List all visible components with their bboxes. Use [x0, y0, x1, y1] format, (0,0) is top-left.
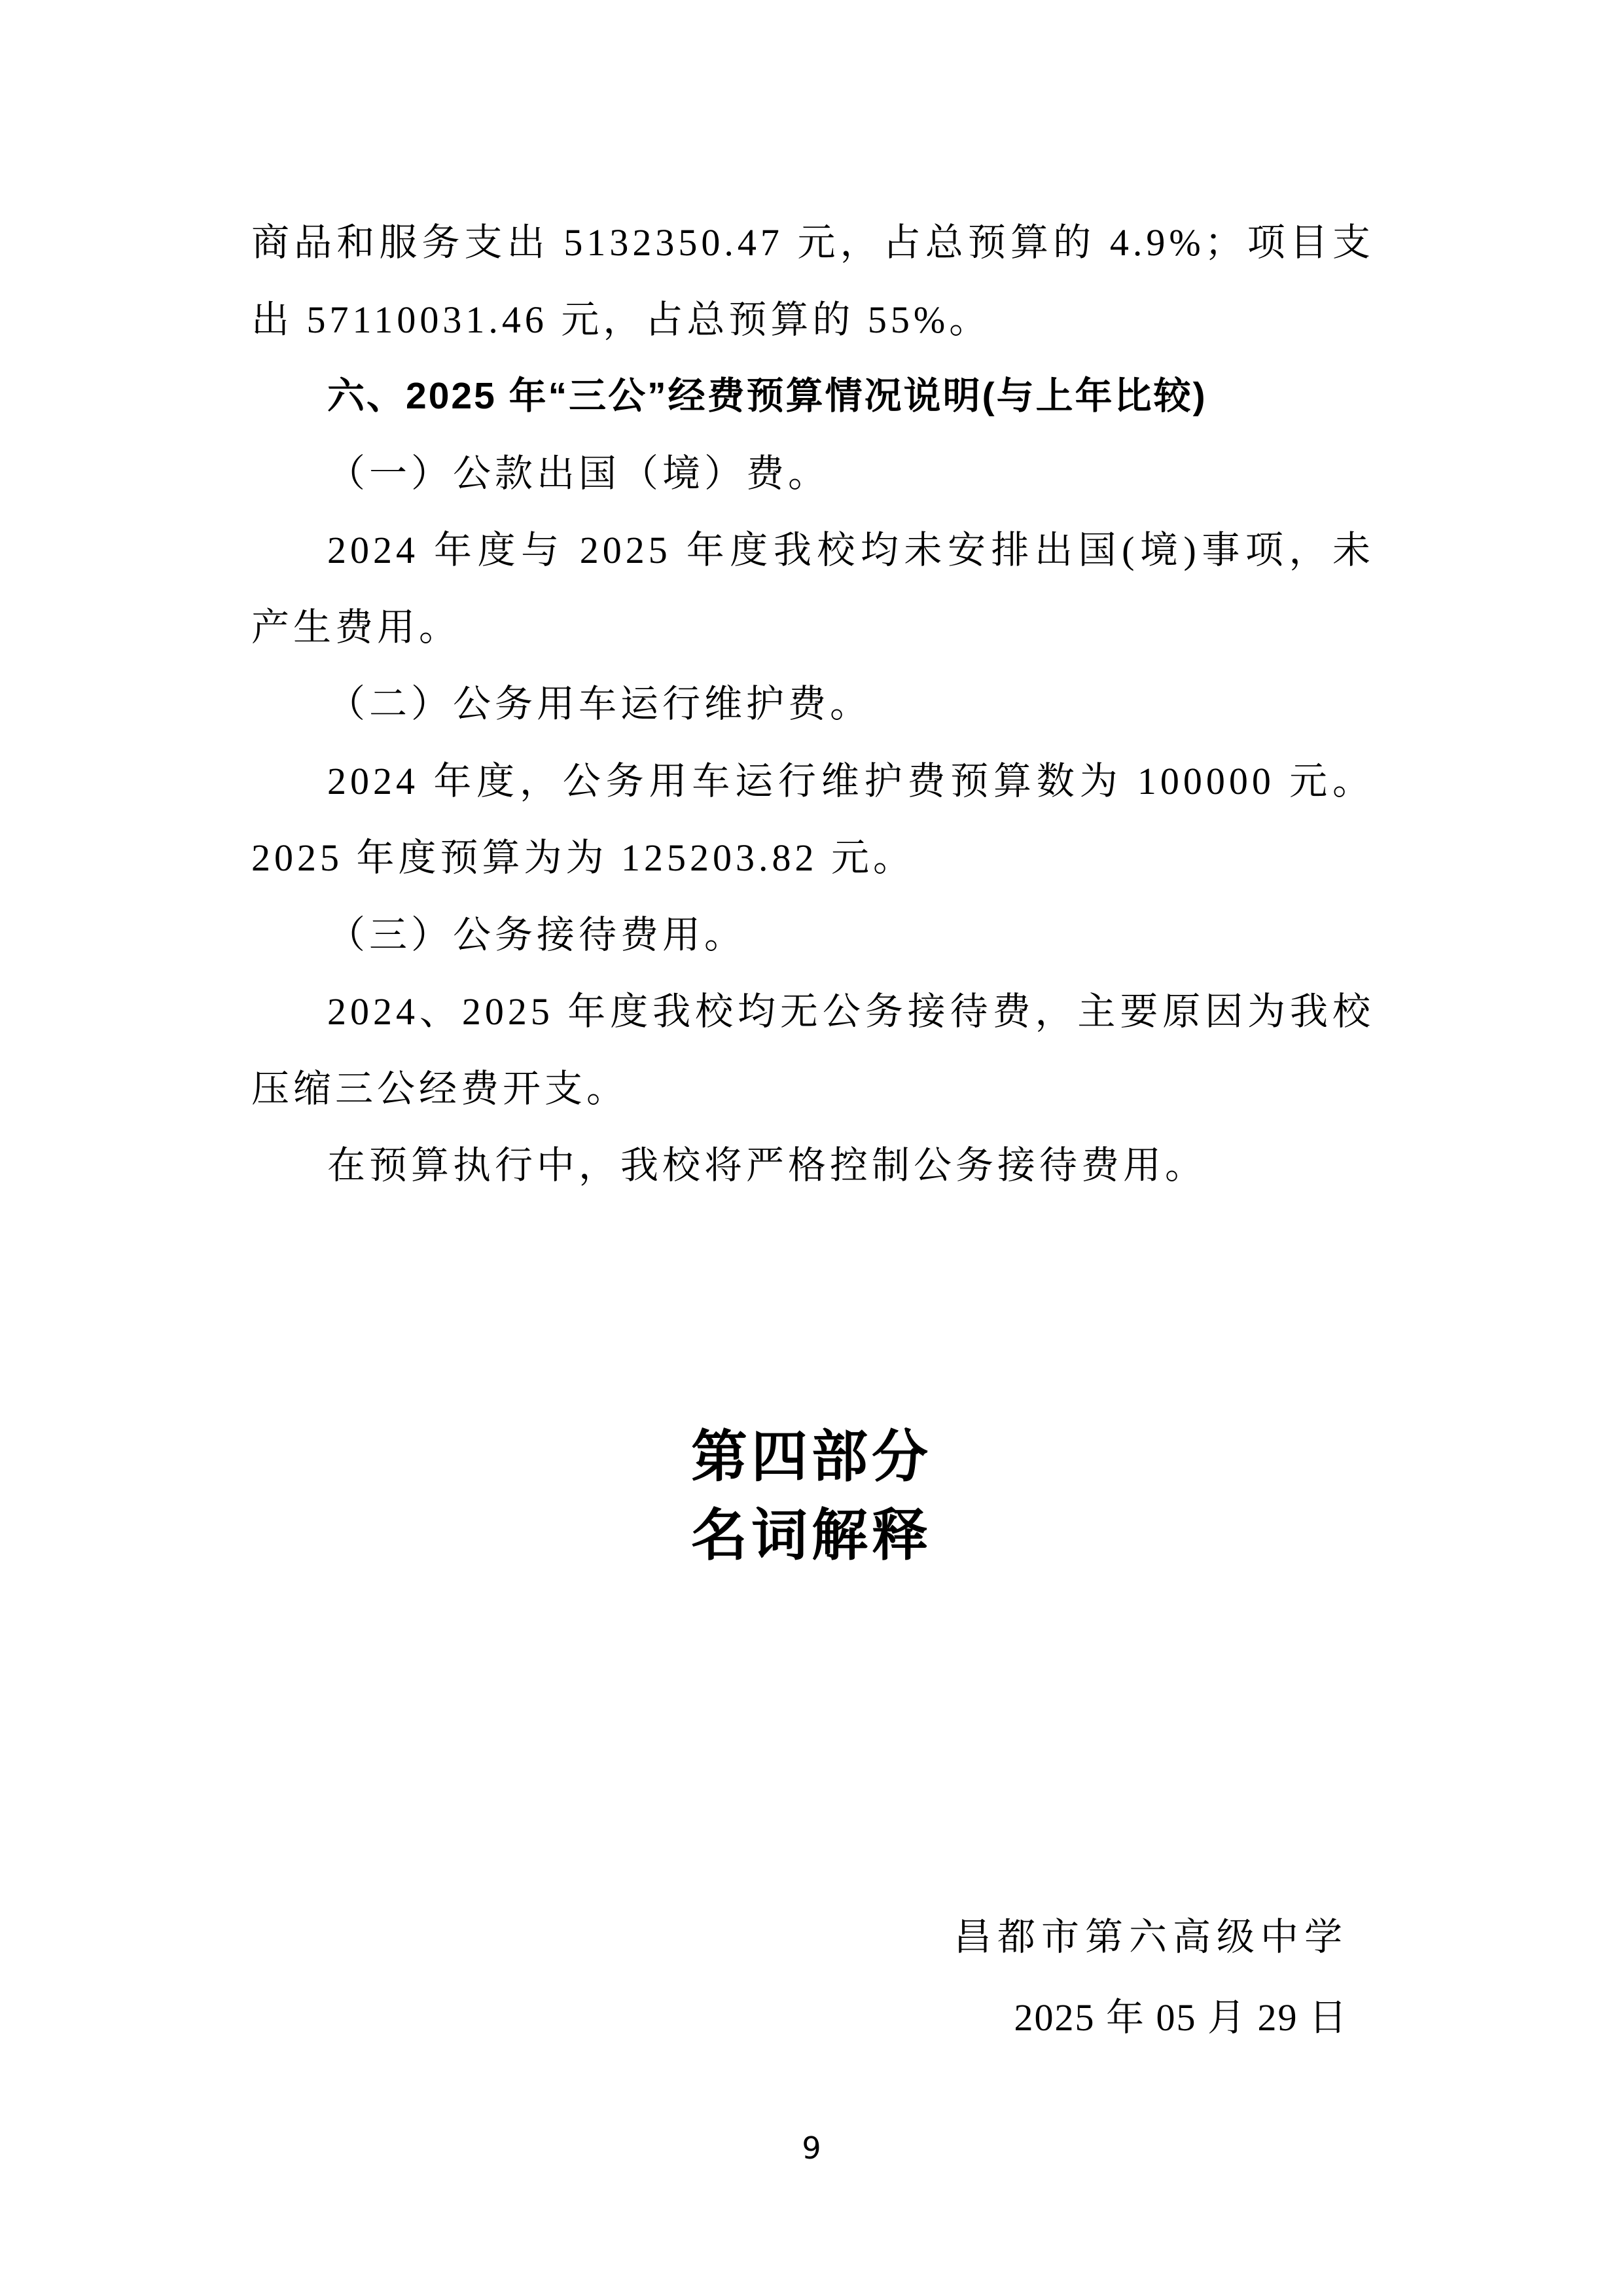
body-line-10: （三）公务接待费用。 — [251, 897, 1374, 974]
body-line-2: 出 57110031.46 元，占总预算的 55%。 — [251, 281, 1374, 359]
document-page: 商品和服务支出 5132350.47 元，占总预算的 4.9%；项目支 出 57… — [0, 0, 1623, 2296]
part-four-title: 第四部分 名词解释 — [0, 1418, 1623, 1575]
body-line-8: 2024 年度，公务用车运行维护费预算数为 100000 元。 — [251, 743, 1374, 820]
signature-date: 2025 年 05 月 29 日 — [954, 1977, 1348, 2058]
body-line-11: 2024、2025 年度我校均无公务接待费，主要原因为我校 — [251, 973, 1374, 1050]
body-line-13: 在预算执行中，我校将严格控制公务接待费用。 — [251, 1127, 1374, 1204]
body-line-1: 商品和服务支出 5132350.47 元，占总预算的 4.9%；项目支 — [251, 204, 1374, 281]
signature-organization: 昌都市第六高级中学 — [954, 1897, 1348, 1977]
part-four-title-line1: 第四部分 — [0, 1418, 1623, 1496]
body-line-4: （一）公款出国（境）费。 — [251, 435, 1374, 512]
page-number: 9 — [0, 2131, 1623, 2165]
body-line-5: 2024 年度与 2025 年度我校均未安排出国(境)事项，未 — [251, 512, 1374, 589]
section-6-heading: 六、2025 年“三公”经费预算情况说明(与上年比较) — [251, 358, 1374, 435]
signature-block: 昌都市第六高级中学 2025 年 05 月 29 日 — [954, 1897, 1348, 2058]
body-line-6: 产生费用。 — [251, 589, 1374, 666]
body-line-9: 2025 年度预算为为 125203.82 元。 — [251, 819, 1374, 897]
body-text-block: 商品和服务支出 5132350.47 元，占总预算的 4.9%；项目支 出 57… — [251, 204, 1374, 1204]
body-line-12: 压缩三公经费开支。 — [251, 1050, 1374, 1128]
part-four-title-line2: 名词解释 — [0, 1496, 1623, 1575]
body-line-7: （二）公务用车运行维护费。 — [251, 666, 1374, 743]
